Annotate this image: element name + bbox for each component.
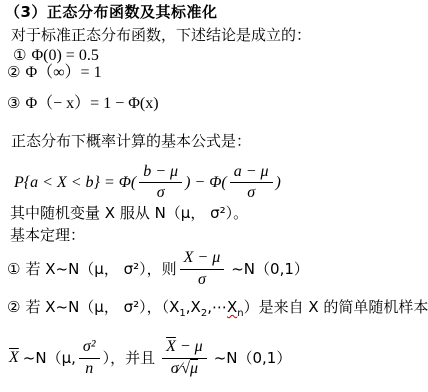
basic-formula-label: 正态分布下概率计算的基本公式是： (11, 132, 251, 151)
theorem-2-text-a: 若 X~N（μ， σ²），（X (25, 298, 179, 316)
theorem-2-bullet: ② (7, 298, 20, 316)
theorem-label: 基本定理： (10, 226, 85, 245)
document-page: （3）正态分布函数及其标准化 对于标准正态分布函数，下述结论是成立的： ①Φ(0… (0, 0, 428, 392)
note-text: 其中随机变量 X 服从 N（μ， σ²）。 (10, 204, 248, 223)
probability-formula: P{a < X < b} = Φ( b − μ σ ) − Φ( a − μ σ… (14, 160, 281, 205)
theorem-1-post: ~N（0,1） (231, 260, 309, 279)
fraction-x-mu-over-sigma: X − μ σ (180, 249, 225, 289)
x-bar-symbol: X (166, 338, 176, 355)
fraction-numerator: X − μ (180, 249, 225, 269)
fraction-denominator: σ∕√μ (171, 359, 198, 378)
item-bullet-2: ② (7, 63, 20, 81)
theorem-1: ① 若 X~N（μ， σ²），则 X − μ σ ~N（0,1） (7, 249, 309, 289)
fraction-sigma2-over-n: σ² n (79, 338, 100, 378)
fraction-numerator: b − μ (139, 163, 182, 183)
xn-base: X (227, 298, 237, 316)
fraction-denominator: σ (157, 183, 165, 202)
p-formula-rhs: ) (276, 173, 281, 193)
fraction-numerator: a − μ (230, 163, 273, 183)
intro-text: 对于标准正态分布函数，下述结论是成立的： (11, 26, 311, 45)
radical-argument: μ (190, 360, 198, 377)
fraction-denominator: σ (247, 183, 255, 202)
fraction-b-mu-over-sigma: b − μ σ (139, 163, 182, 203)
theorem-2-formula: X ~N（μ, σ² n ），并且 X − μ σ∕√μ ~N（0,1） (9, 327, 291, 389)
conclusion-item-3: ③Φ（− x）= 1 − Φ(x) (7, 94, 159, 114)
minus-mu: − μ (176, 338, 203, 355)
p-formula-mid: ) − Φ( (185, 173, 227, 193)
conclusion-3-formula: Φ（− x）= 1 − Φ(x) (25, 95, 158, 112)
theorem-2-text-b: ,X (186, 298, 201, 316)
fraction-denominator: n (85, 359, 93, 378)
conclusion-2-formula: Φ（∞）= 1 (25, 64, 101, 81)
x-bar-symbol: X (9, 348, 19, 368)
section-title: （3）正态分布函数及其标准化 (5, 3, 217, 22)
theorem-2-formula-seg2: ），并且 (103, 349, 156, 368)
item-bullet-3: ③ (7, 94, 20, 112)
theorem-2-text-d: ）是来自 X 的简单随机样本，则 (244, 298, 428, 316)
conclusion-1-formula: Φ(0) = 0.5 (31, 47, 98, 64)
theorem-2-line1: ②若 X~N（μ， σ²），（X1,X2,⋯Xn）是来自 X 的简单随机样本，则 (7, 298, 428, 317)
theorem-2-formula-seg3: ~N（0,1） (214, 349, 292, 368)
conclusion-item-2: ②Φ（∞）= 1 (7, 63, 102, 83)
item-bullet-1: ① (13, 46, 26, 64)
fraction-a-mu-over-sigma: a − μ σ (230, 163, 273, 203)
radical-sign: √ (181, 360, 190, 377)
fraction-numerator: σ² (79, 338, 100, 358)
fraction-denominator: σ (198, 270, 206, 289)
theorem-2-text-c: ,⋯ (207, 298, 227, 316)
spellcheck-marked-xn: Xn (227, 298, 244, 316)
sigma-slash: σ∕ (171, 360, 182, 377)
theorem-1-bullet: ① (7, 260, 20, 279)
fraction-xbar-mu-over-sigma-sqrt: X − μ σ∕√μ (162, 338, 207, 378)
theorem-2-formula-seg1: ~N（μ, (23, 349, 76, 368)
theorem-1-pre: 若 X~N（μ， σ²），则 (25, 260, 176, 279)
fraction-numerator: X − μ (162, 338, 207, 358)
p-formula-lhs: P{a < X < b} = Φ( (14, 173, 136, 193)
